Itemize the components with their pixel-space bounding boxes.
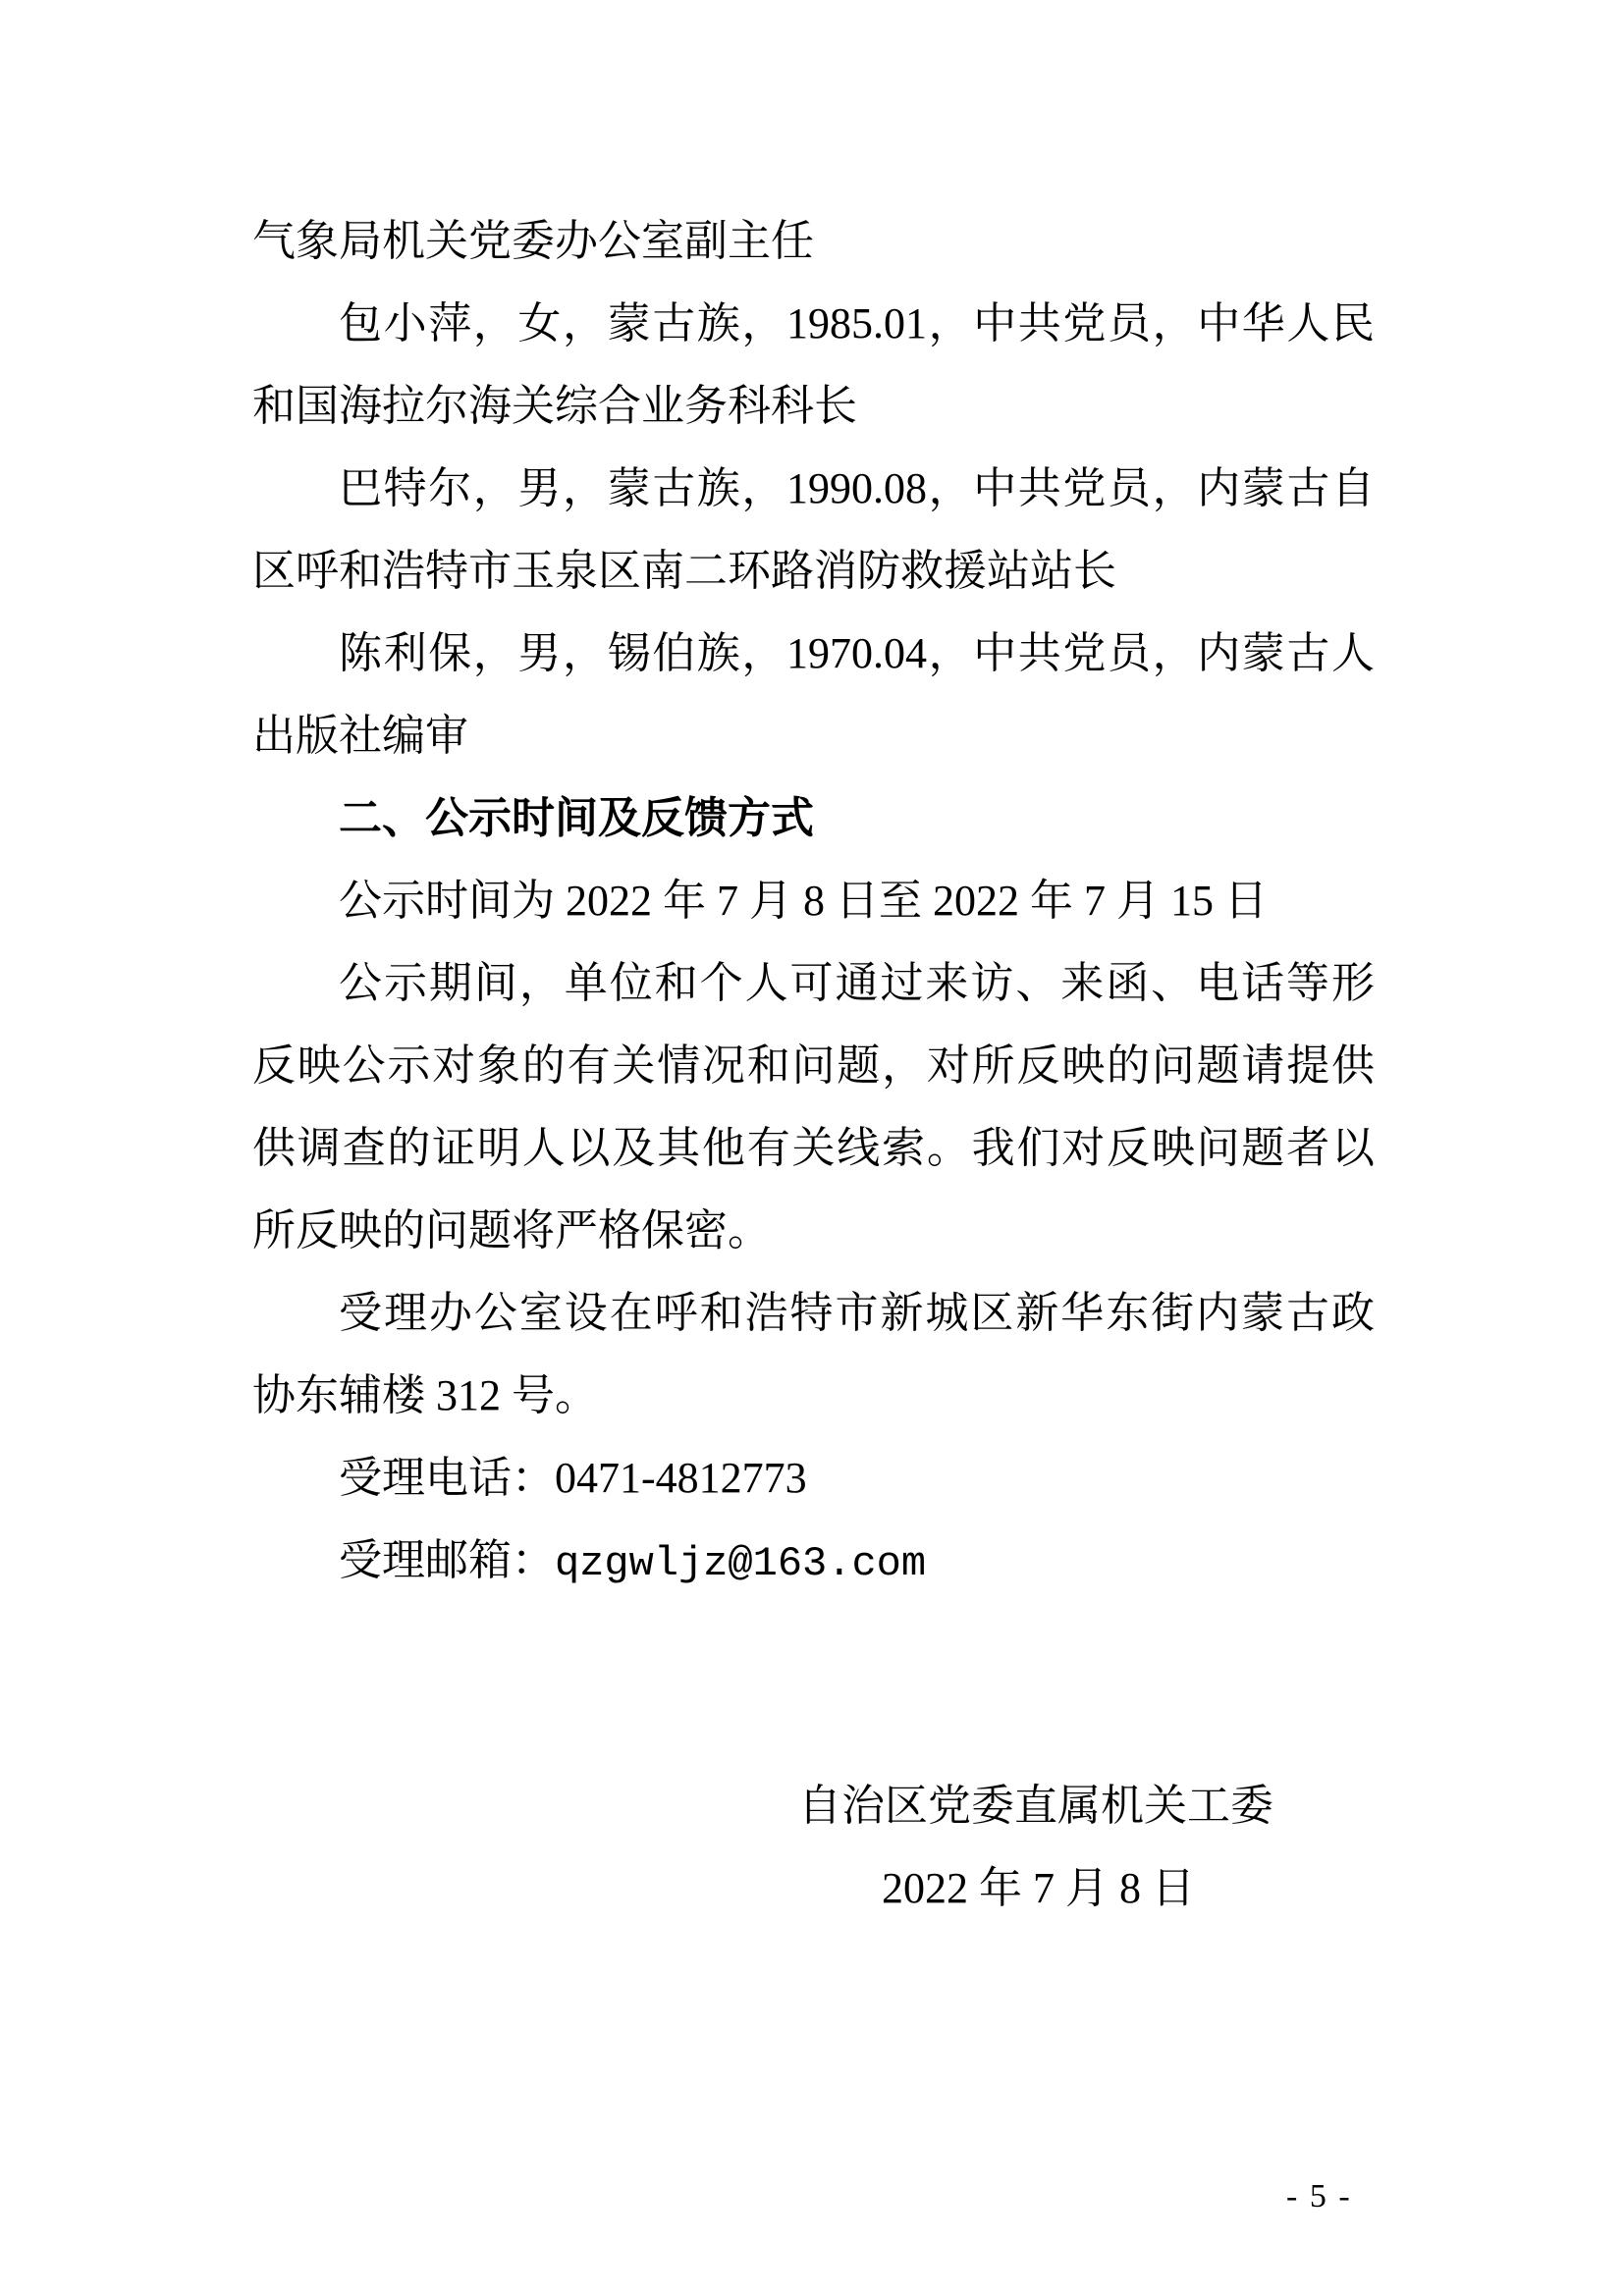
body-line: 出版社编审 <box>252 695 1375 777</box>
body-text-run: 受理邮箱： <box>339 1536 555 1584</box>
body-line: 公示时间为 2022 年 7 月 8 日至 2022 年 7 月 15 日 <box>252 860 1375 942</box>
signature-date: 2022 年 7 月 8 日 <box>882 1847 1273 1930</box>
body-line: 包小萍，女，蒙古族，1985.01，中共党员，中华人民共 <box>252 283 1375 365</box>
section-heading: 二、公示时间及反馈方式 <box>252 777 1375 860</box>
email-address: qzgwljz@163.com <box>555 1540 926 1587</box>
page-number: - 5 - <box>1286 2175 1352 2218</box>
body-line: 受理邮箱：qzgwljz@163.com <box>252 1520 1375 1602</box>
signature-organization: 自治区党委直属机关工委 <box>798 1765 1273 1847</box>
body-line: 和国海拉尔海关综合业务科科长 <box>252 365 1375 448</box>
body-line: 反映公示对象的有关情况和问题，对所反映的问题请提供可 <box>252 1025 1375 1107</box>
body-line: 陈利保，男，锡伯族，1970.04，中共党员，内蒙古人民 <box>252 613 1375 695</box>
body-line: 供调查的证明人以及其他有关线索。我们对反映问题者以及 <box>252 1107 1375 1190</box>
body-line: 巴特尔，男，蒙古族，1990.08，中共党员，内蒙古自治 <box>252 448 1375 530</box>
body-line: 受理电话：0471-4812773 <box>252 1437 1375 1520</box>
body-line: 所反映的问题将严格保密。 <box>252 1190 1375 1272</box>
body-line: 区呼和浩特市玉泉区南二环路消防救援站站长 <box>252 530 1375 613</box>
signature-block: 自治区党委直属机关工委 2022 年 7 月 8 日 <box>798 1765 1273 1930</box>
body-line: 公示期间，单位和个人可通过来访、来函、电话等形式 <box>252 942 1375 1025</box>
document-body: 气象局机关党委办公室副主任包小萍，女，蒙古族，1985.01，中共党员，中华人民… <box>252 200 1375 1602</box>
body-line: 气象局机关党委办公室副主任 <box>252 200 1375 283</box>
body-line: 协东辅楼 312 号。 <box>252 1355 1375 1437</box>
document-page: 气象局机关党委办公室副主任包小萍，女，蒙古族，1985.01，中共党员，中华人民… <box>0 0 1624 2296</box>
body-line: 受理办公室设在呼和浩特市新城区新华东街内蒙古政 <box>252 1272 1375 1355</box>
